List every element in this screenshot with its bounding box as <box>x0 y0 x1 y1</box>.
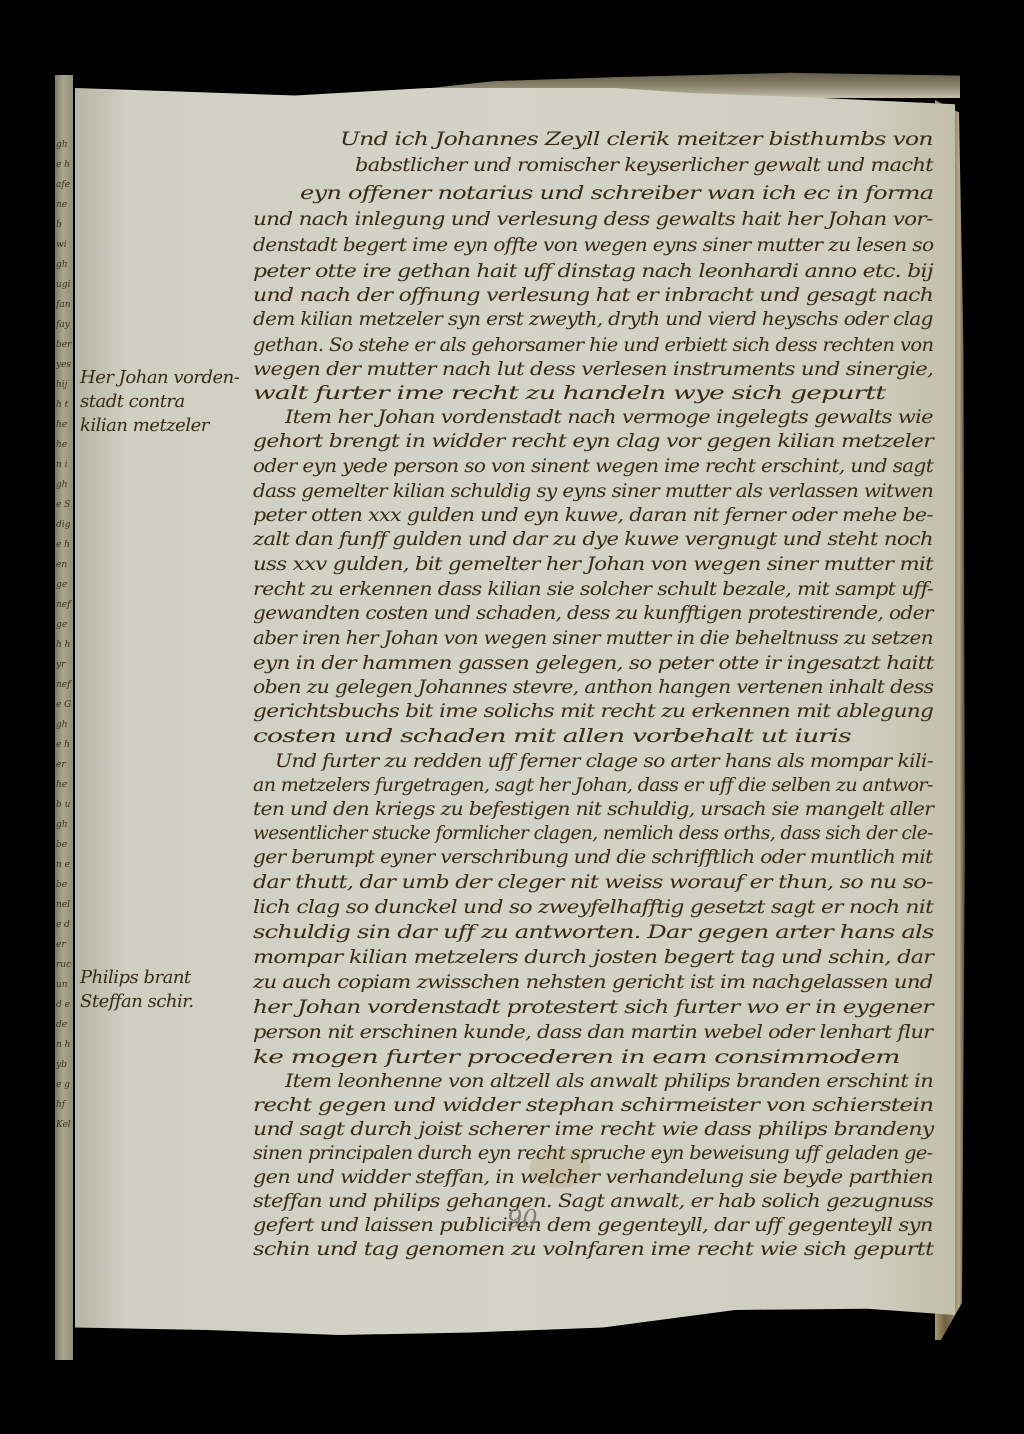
text-line: zalt dan funff gulden und dar zu dye kuw… <box>253 528 933 550</box>
text-line: wesentlicher stucke formlicher clagen, n… <box>253 822 933 844</box>
text-line: Item leonhenne von altzell als anwalt ph… <box>285 1070 933 1092</box>
text-line: gefert und laissen publiciren dem gegent… <box>253 1214 933 1236</box>
text-line: peter otten xxx gulden und eyn kuwe, dar… <box>253 504 933 526</box>
text-line: recht gegen und widder stephan schirmeis… <box>253 1094 933 1116</box>
text-line: costen und schaden mit allen vorbehalt u… <box>253 725 851 747</box>
text-line: eyn in der hammen gassen gelegen, so pet… <box>253 652 934 674</box>
text-line: Und furter zu redden uff ferner clage so… <box>275 750 933 772</box>
facing-page-spine-strip: ghe hafe neb wigh ugi fan fay ber yes hi… <box>55 75 73 1360</box>
text-line: gewandten costen und schaden, dess zu ku… <box>253 602 933 624</box>
text-line: mompar kilian metzelers durch josten beg… <box>253 946 933 968</box>
text-line: eyn offener notarius und schreiber wan i… <box>300 182 933 204</box>
text-line: gethan. So stehe er als gehorsamer hie u… <box>253 334 933 356</box>
text-line: ger berumpt eyner verschribung und die s… <box>253 846 933 868</box>
text-line: wegen der mutter nach lut dess verlesen … <box>253 358 933 380</box>
text-line: her Johan vordenstadt protestert sich fu… <box>253 996 933 1018</box>
text-line: oder eyn yede person so von sinent wegen… <box>253 455 933 477</box>
text-line: walt furter ime recht zu handeln wye sic… <box>253 382 885 404</box>
text-line: lich clag so dunckel und so zweyfelhafft… <box>253 896 933 918</box>
text-line: schuldig sin dar uff zu antworten. Dar g… <box>253 921 934 943</box>
text-line: person nit erschinen kunde, dass dan mar… <box>253 1021 932 1043</box>
text-line: gehort brengt in widder recht eyn clag v… <box>253 430 933 452</box>
margin-note-line: Her Johan vorden- <box>80 366 239 390</box>
text-line: steffan und philips gehangen. Sagt anwal… <box>253 1190 933 1212</box>
text-line: zu auch copiam zwisschen nehsten gericht… <box>253 971 933 993</box>
margin-note-philips-brant: Philips brant Steffan schir. <box>80 966 194 1014</box>
text-line: und sagt durch joist scherer ime recht w… <box>253 1118 934 1140</box>
text-line: denstadt begert ime eyn offte von wegen … <box>253 234 933 256</box>
text-line: sinen principalen durch eyn recht spruch… <box>253 1142 933 1164</box>
text-line: Item her Johan vordenstadt nach vermoge … <box>285 406 933 428</box>
text-line: oben zu gelegen Johannes stevre, anthon … <box>253 676 933 698</box>
text-line: und nach inlegung und verlesung dess gew… <box>253 208 933 230</box>
text-line: schin und tag genomen zu volnfaren ime r… <box>253 1238 933 1260</box>
margin-note-line: kilian metzeler <box>80 414 239 438</box>
folio-number: 90 <box>507 1205 538 1233</box>
margin-note-johan-vordenstadt: Her Johan vorden- stadt contra kilian me… <box>80 366 239 438</box>
text-line: dass gemelter kilian schuldig sy eyns si… <box>253 480 933 502</box>
text-line: an metzelers furgetragen, sagt her Johan… <box>253 774 933 796</box>
text-line: ten und den kriegs zu befestigen nit sch… <box>253 798 933 820</box>
text-line: uss xxv gulden, bit gemelter her Johan v… <box>253 553 933 575</box>
text-line: aber iren her Johan von wegen siner mutt… <box>253 627 933 649</box>
text-line: recht zu erkennen dass kilian sie solche… <box>253 578 933 600</box>
text-line: dar thutt, dar umb der cleger nit weiss … <box>253 871 933 893</box>
text-line: und nach der offnung verlesung hat er in… <box>253 284 933 306</box>
text-line: gen und widder steffan, in welcher verha… <box>253 1166 933 1188</box>
text-line: Und ich Johannes Zeyll clerik meitzer bi… <box>340 128 933 150</box>
text-line: gerichtsbuchs bit ime solichs mit recht … <box>253 700 933 722</box>
facing-page-text-fragments: ghe hafe neb wigh ugi fan fay ber yes hi… <box>56 135 72 1135</box>
text-line: dem kilian metzeler syn erst zweyth, dry… <box>253 308 933 330</box>
margin-note-line: stadt contra <box>80 390 239 414</box>
margin-note-line: Philips brant <box>80 966 194 990</box>
text-line: peter otte ire gethan hait uff dinstag n… <box>253 260 933 282</box>
margin-note-line: Steffan schir. <box>80 990 194 1014</box>
text-line: ke mogen furter procederen in eam consim… <box>253 1046 900 1068</box>
text-line: babstlicher und romischer keyserlicher g… <box>355 154 933 176</box>
